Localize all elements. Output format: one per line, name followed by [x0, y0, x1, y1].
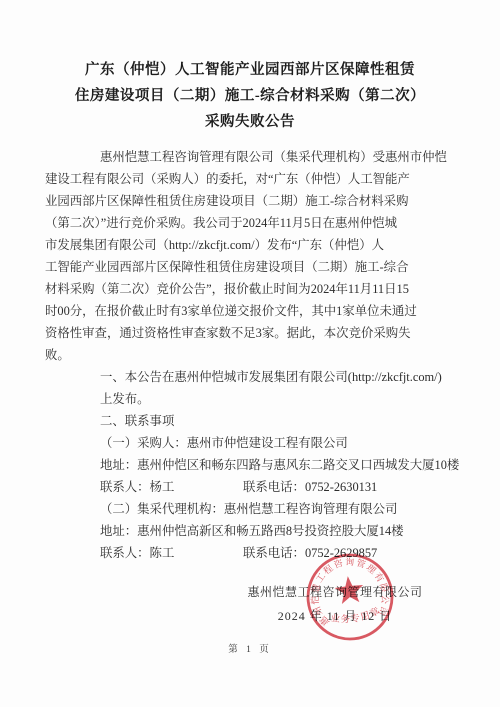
svg-text:业务专用章: 业务专用章	[328, 604, 383, 627]
seal-star-icon	[334, 575, 365, 605]
section-2-heading: 二、联系事项	[45, 410, 465, 432]
purchaser-address: 地址：惠州仲恺区和畅东四路与惠风东二路交叉口西城发大厦10楼	[45, 454, 465, 476]
page-number-footer: 第 1 页	[0, 641, 500, 655]
purchaser-contact-line: 联系人：杨工联系电话：0752-2630131	[45, 476, 465, 498]
notice-item-1-line1: 一、本公告在惠州仲恺城市发展集团有限公司(http://zkcfjt.com/)	[45, 366, 465, 388]
agency-contact-person: 联系人：陈工	[100, 542, 243, 564]
purchaser-contact-person: 联系人：杨工	[100, 476, 243, 498]
document-body: 惠州恺慧工程咨询管理有限公司（集采代理机构）受惠州市仲恺 建设工程有限公司（采购…	[45, 146, 465, 564]
document-title-line2: 住房建设项目（二期）施工-综合材料采购（第二次）	[30, 83, 470, 109]
purchaser-heading: （一）采购人：惠州市仲恺建设工程有限公司	[45, 432, 465, 454]
agency-heading: （二）集采代理机构：惠州恺慧工程咨询管理有限公司	[45, 498, 465, 520]
notice-item-1-line2: 上发布。	[45, 388, 465, 410]
seal-bottom-text: 业务专用章	[328, 604, 383, 627]
intro-paragraph: 惠州恺慧工程咨询管理有限公司（集采代理机构）受惠州市仲恺 建设工程有限公司（采购…	[45, 146, 465, 366]
document-title-line1: 广东（仲恺）人工智能产业园西部片区保障性租赁	[30, 57, 470, 83]
document-title: 广东（仲恺）人工智能产业园西部片区保障性租赁 住房建设项目（二期）施工-综合材料…	[30, 57, 470, 135]
document-title-line3: 采购失败公告	[30, 109, 470, 135]
scanned-document-page: 广东（仲恺）人工智能产业园西部片区保障性租赁 住房建设项目（二期）施工-综合材料…	[0, 0, 500, 707]
purchaser-contact-phone: 联系电话：0752-2630131	[243, 480, 377, 494]
